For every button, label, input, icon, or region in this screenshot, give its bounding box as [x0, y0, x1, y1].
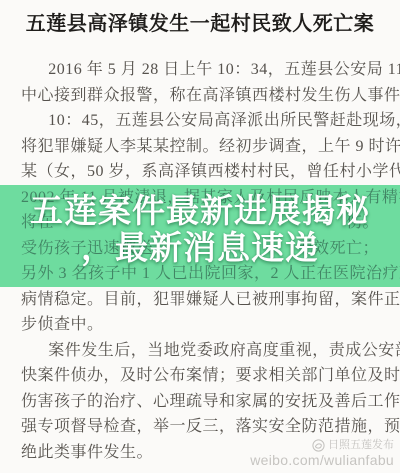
body-line-fragment-right: 无效死亡；: [296, 236, 379, 262]
body-line: 10：45，五莲县公安局高泽派出所民警赶赴现场，迅速: [21, 108, 379, 134]
body-line: 另外 3 名孩子中 1 人已出院回家，2 人正在医院治疗观察，: [0, 261, 400, 287]
body-line: 案件发生后，当地党委政府高度重视，责成公安部门加: [21, 338, 379, 364]
body-line: 病情稳定。目前，犯罪嫌疑人已被刑事拘留，案件正在进一: [21, 287, 379, 313]
body-line: 2002 年 11 月被清退，据其家人及村民反映本人有精神病史），: [0, 185, 400, 211]
body-line: 中心接到群众报警，称在高泽镇西楼村发生伤人事件。: [21, 83, 379, 109]
body-line: 2016 年 5 月 28 日上午 10：34，五莲县公安局 110 指挥: [21, 57, 379, 83]
body-line: 伤害孩子的治疗、心理疏导和家属的安抚及善后工作，并加: [21, 389, 379, 415]
body-line: 受伤孩子迅速被送无效死亡；: [0, 236, 400, 262]
body-line-fragment-left: 将在: [21, 210, 54, 236]
body-line: 强专项督导检查，举一反三，落实安全防范措施，预防和杜: [21, 414, 379, 440]
body-line: 某（女，50 岁，系高泽镇西楼村村民，曾任村小学代课教师，: [21, 159, 379, 185]
article-body: 2016 年 5 月 28 日上午 10：34，五莲县公安局 110 指挥中心接…: [0, 57, 400, 465]
body-line-fragment-right: 伤。: [346, 210, 379, 236]
watermark: 日照五莲发布 weibo.com/wulianfabu: [250, 439, 394, 468]
watermark-account-name: 日照五莲发布: [328, 439, 394, 452]
body-line: 快案件侦办，及时公布案情；要求相关部门单位及时做好受: [21, 363, 379, 389]
weibo-logo-icon: [312, 439, 325, 452]
body-line-fragment-left: 受伤孩子迅速被送: [21, 236, 153, 262]
body-line: 将在伤。: [0, 210, 400, 236]
body-line: 将犯罪嫌疑人李某某控制。经初步调查，上午 9 时许，李某: [21, 134, 379, 160]
page-title: 五莲县高泽镇发生一起村民致人死亡案: [0, 7, 400, 36]
news-notice-image: 五莲县高泽镇发生一起村民致人死亡案 2016 年 5 月 28 日上午 10：3…: [0, 0, 400, 473]
watermark-url: weibo.com/wulianfabu: [250, 452, 394, 468]
watermark-account: 日照五莲发布: [250, 439, 394, 452]
body-line: 步侦查中。: [21, 312, 379, 338]
